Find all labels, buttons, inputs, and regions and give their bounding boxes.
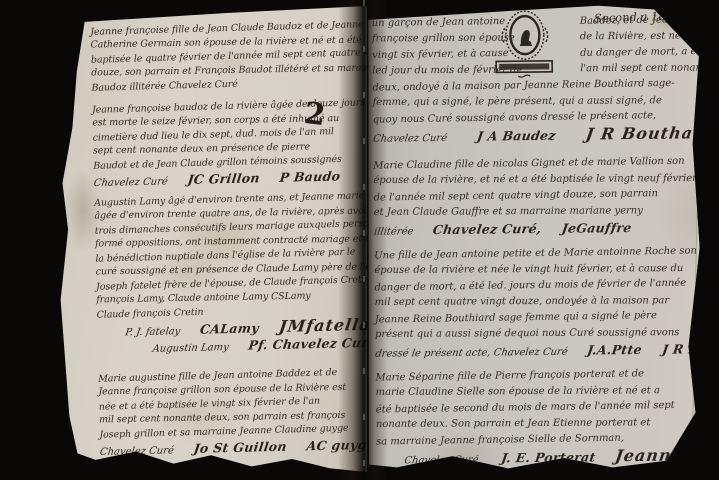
register-entry-ondoiement: un garçon de Jean antoinefrançoise grill… [372, 12, 699, 145]
register-entry-burial: Jeanne françoise baudoz de la rivière âg… [92, 97, 362, 191]
register-entry-baptism: Marie Séparine fille de Pierre françois … [375, 366, 702, 467]
entry-line: de la Rivière, est né le [580, 28, 712, 45]
signature: Chavelez Curé [92, 173, 168, 193]
signature: Jeanne françoise sielle [614, 445, 719, 465]
left-page: Jeanne françoise fille de Jean Claude Ba… [55, 6, 367, 472]
signature: J. E. Porterat [500, 448, 597, 467]
register-entry-baptism: Marie augustine fille de Jean antoine Ba… [98, 366, 368, 460]
signature: J.A.Ptte [586, 341, 643, 360]
register-entry-baptism: Marie Claudine fille de nicolas Gignet e… [373, 154, 700, 239]
signature: Chavelez Curé, [432, 220, 543, 239]
right-page-text: un garçon de Jean antoinefrançoise grill… [372, 12, 703, 467]
signature: Chavelez Curé, [403, 452, 483, 471]
register-entry-baptism: Jeanne françoise fille de Jean Claude Ba… [90, 19, 360, 95]
binding-gutter [338, 0, 388, 480]
scanned-manuscript: Jeanne françoise fille de Jean Claude Ba… [0, 0, 719, 480]
entry-line: un garçon de Jean antoine [372, 14, 496, 32]
entry-line: du danger de mort, a été [580, 44, 712, 62]
entry-line: françoise grillon son épouse [372, 31, 496, 48]
signature: Chavelez Curé [99, 442, 175, 462]
signature: JC Grillon [186, 169, 261, 189]
signature: Jo St Guillon [193, 438, 289, 458]
signature: dressé le présent acte, Chavelez Curé [374, 344, 569, 364]
signature: J A Baudez [476, 127, 558, 146]
signature: J R Bouthard [584, 124, 715, 143]
signature: J R Bouth [661, 340, 719, 359]
signature: P Baudo [279, 167, 342, 186]
register-entry-marriage: Augustin Lamy âgé d'environ trente ans, … [94, 190, 366, 358]
entry-line: vingt six février, et à cause [372, 46, 496, 64]
paraph-flourish: 2 [303, 101, 327, 129]
signature: JeGauffre [561, 219, 633, 238]
right-page: Second a 180 un garçon de Jean antoinefr… [362, 2, 710, 474]
register-entry-ondoiement: Une fille de Jean antoine petite et de M… [374, 244, 701, 361]
revenue-stamp-icon [484, 8, 567, 81]
entry-line: led jour du mois de février de [372, 63, 496, 80]
entry-line: présent qui a aussi signé dequoi nous Cu… [375, 325, 701, 343]
signature: Augustin Lamy [151, 339, 230, 359]
entry-line: Baddez, et de Jeanne [580, 12, 712, 30]
left-page-text: Jeanne françoise fille de Jean Claude Ba… [90, 19, 368, 460]
entry-line: et Jean Claude Gauffre et sa marraine ma… [374, 203, 700, 221]
